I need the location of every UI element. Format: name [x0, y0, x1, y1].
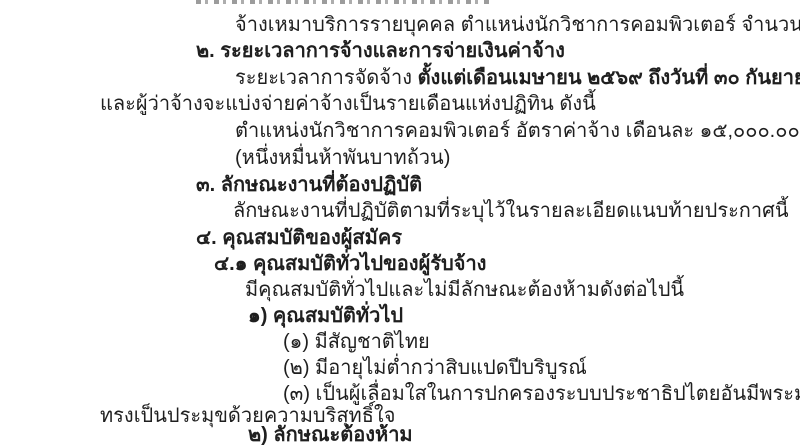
prohibited-characteristics-heading: ๒) ลักษณะต้องห้าม — [248, 423, 413, 445]
section-4-1-heading: ๔.๑ คุณสมบัติทั่วไปของผู้รับจ้าง — [214, 252, 486, 276]
section-2-period-continuation: และผู้ว่าจ้างจะแบ่งจ่ายค่าจ้างเป็นรายเดื… — [100, 92, 596, 116]
general-qualification-item-3: (๓) เป็นผู้เลื่อมใสในการปกครองระบบประชาธ… — [283, 382, 800, 406]
section-2-period-line: ระยะเวลาการจัดจ้าง ตั้งแต่เดือนเมษายน ๒๕… — [235, 66, 800, 90]
general-qualification-item-1: (๑) มีสัญชาติไทย — [283, 330, 430, 354]
section-4-heading: ๔. คุณสมบัติของผู้สมัคร — [196, 226, 402, 250]
period-prefix: ระยะเวลาการจัดจ้าง — [235, 67, 418, 89]
section-4-1-intro: มีคุณสมบัติทั่วไปและไม่มีลักษณะต้องห้ามด… — [245, 278, 684, 302]
general-qualification-item-2: (๒) มีอายุไม่ต่ำกว่าสิบแปดปีบริบูรณ์ — [283, 356, 587, 380]
section-3-body: ลักษณะงานที่ปฏิบัติตามที่ระบุไว้ในรายละเ… — [233, 199, 789, 223]
period-dates: ตั้งแต่เดือนเมษายน ๒๕๖๙ ถึงวันที่ ๓๐ กัน… — [418, 67, 800, 89]
section-3-heading: ๓. ลักษณะงานที่ต้องปฏิบัติ — [196, 173, 422, 197]
section-2-heading: ๒. ระยะเวลาการจ้างและการจ่ายเงินค่าจ้าง — [196, 39, 565, 63]
clipped-text-remnant — [196, 0, 492, 4]
intro-line: จ้างเหมาบริการรายบุคคล ตำแหน่งนักวิชาการ… — [235, 13, 800, 37]
general-qualifications-heading: ๑) คุณสมบัติทั่วไป — [248, 304, 403, 328]
document-page: จ้างเหมาบริการรายบุคคล ตำแหน่งนักวิชาการ… — [0, 0, 800, 445]
salary-in-words: (หนึ่งหมื่นห้าพันบาทถ้วน) — [235, 146, 450, 170]
salary-line: ตำแหน่งนักวิชาการคอมพิวเตอร์ อัตราค่าจ้า… — [235, 119, 800, 143]
